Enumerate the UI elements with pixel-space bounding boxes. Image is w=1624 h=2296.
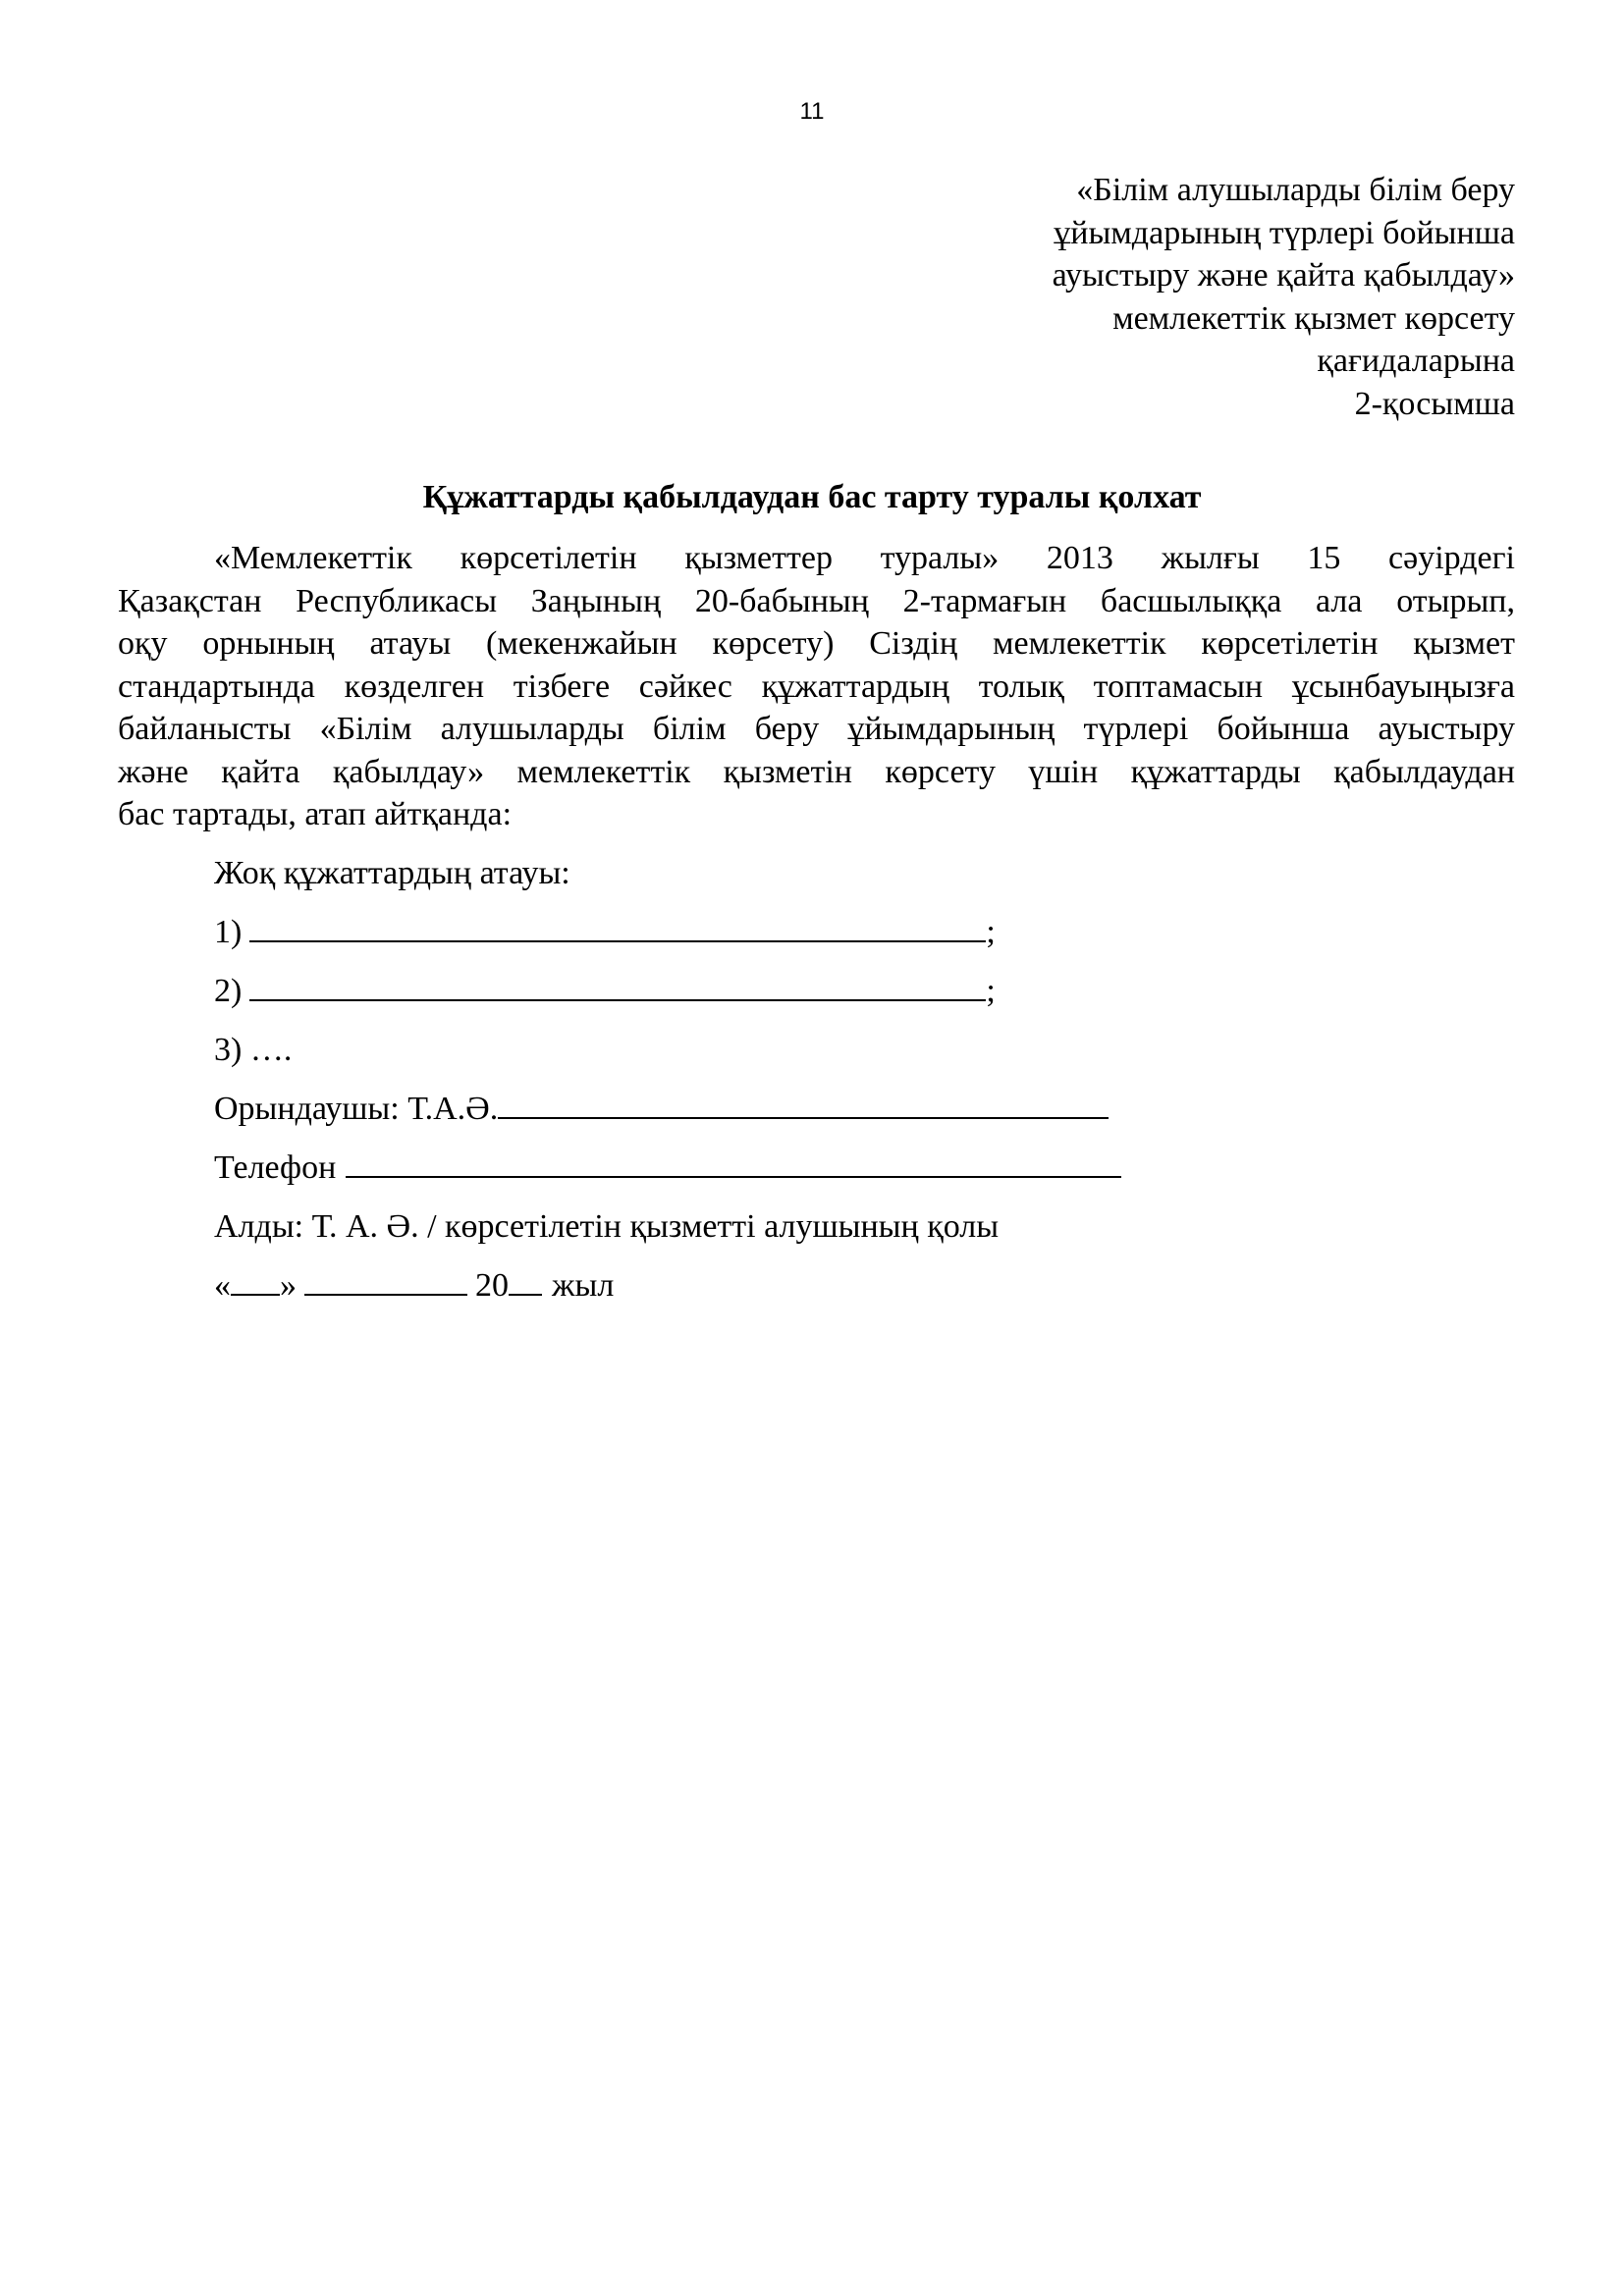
missing-doc-2-field[interactable] xyxy=(249,970,986,1001)
paragraph-line: және қайта қабылдау» мемлекеттік қызметі… xyxy=(118,751,1515,794)
date-month-field[interactable] xyxy=(304,1264,467,1296)
missing-doc-item-3: 3) …. xyxy=(214,1029,1121,1088)
executor-row: Орындаушы: Т.А.Ә. xyxy=(214,1088,1121,1147)
phone-label: Телефон xyxy=(214,1149,336,1186)
page-number: 11 xyxy=(0,98,1624,126)
missing-doc-1-field[interactable] xyxy=(249,911,986,942)
item-terminator: ; xyxy=(986,973,995,1009)
appendix-header-line: ұйымдарының түрлері бойынша xyxy=(828,212,1515,255)
document-title: Құжаттарды қабылдаудан бас тарту туралы … xyxy=(0,479,1624,516)
item-number: 1) xyxy=(214,914,242,950)
paragraph-line: «Мемлекеттік көрсетілетін қызметтер тура… xyxy=(118,537,1515,580)
item-number: 2) xyxy=(214,973,242,1009)
date-year-prefix: 20 xyxy=(475,1267,509,1304)
date-year-suffix: жыл xyxy=(552,1267,614,1304)
missing-doc-item-2: 2); xyxy=(214,970,1121,1029)
date-year-field[interactable] xyxy=(509,1264,542,1296)
appendix-header-line: 2-қосымша xyxy=(828,383,1515,426)
executor-name-field[interactable] xyxy=(498,1088,1109,1119)
paragraph-line: оқу орнының атауы (мекенжайын көрсету) С… xyxy=(118,622,1515,666)
date-close-quote: » xyxy=(280,1267,297,1304)
executor-label: Орындаушы: Т.А.Ә. xyxy=(214,1091,498,1127)
form-block: Жоқ құжаттардың атауы: 1); 2); 3) …. Оры… xyxy=(214,852,1121,1323)
missing-docs-label: Жоқ құжаттардың атауы: xyxy=(214,852,1121,911)
appendix-header-line: мемлекеттік қызмет көрсету xyxy=(828,297,1515,341)
date-open-quote: « xyxy=(214,1267,231,1304)
received-row: Алды: Т. А. Ә. / көрсетілетін қызметті а… xyxy=(214,1205,1121,1264)
appendix-header-line: ауыстыру және қайта қабылдау» xyxy=(828,254,1515,297)
paragraph-line: Қазақстан Республикасы Заңының 20-бабыны… xyxy=(118,580,1515,623)
date-day-field[interactable] xyxy=(231,1264,280,1296)
document-page: 11 «Білім алушыларды білім беру ұйымдары… xyxy=(0,0,1624,2296)
appendix-header-line: қағидаларына xyxy=(828,340,1515,383)
phone-field[interactable] xyxy=(346,1147,1121,1178)
paragraph-line: стандартында көзделген тізбеге сәйкес құ… xyxy=(118,666,1515,709)
missing-doc-item-1: 1); xyxy=(214,911,1121,970)
item-number: 3) xyxy=(214,1032,242,1068)
phone-row: Телефон xyxy=(214,1147,1121,1205)
item-ellipsis: …. xyxy=(250,1032,293,1068)
date-row: «»20жыл xyxy=(214,1264,1121,1323)
paragraph-line: байланысты «Білім алушыларды білім беру … xyxy=(118,708,1515,751)
intro-paragraph: «Мемлекеттік көрсетілетін қызметтер тура… xyxy=(118,537,1515,836)
appendix-header-line: «Білім алушыларды білім беру xyxy=(828,169,1515,212)
appendix-header: «Білім алушыларды білім беру ұйымдарының… xyxy=(828,169,1515,425)
paragraph-line: бас тартады, атап айтқанда: xyxy=(118,793,1515,836)
received-label: Алды: Т. А. Ә. / көрсетілетін қызметті а… xyxy=(214,1208,999,1245)
item-terminator: ; xyxy=(986,914,995,950)
